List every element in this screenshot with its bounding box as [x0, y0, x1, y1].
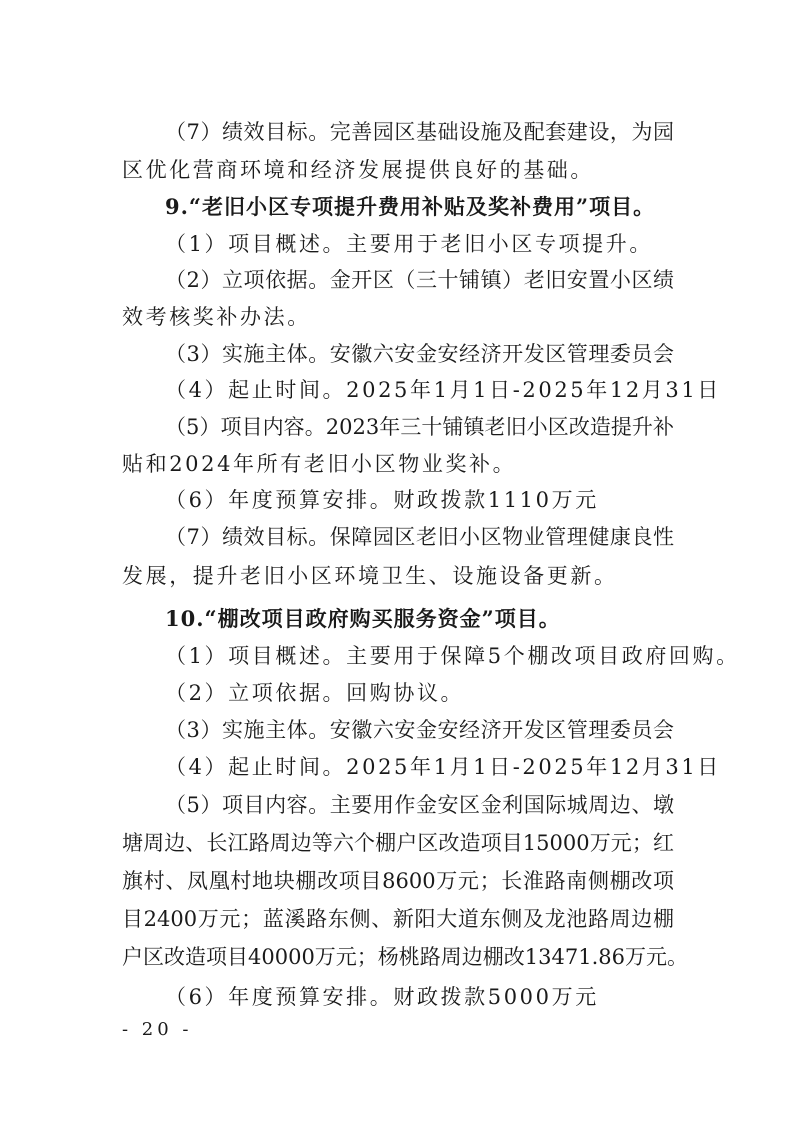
- paragraph-line: （1）项目概述。主要用于保障5个棚改项目政府回购。: [165, 642, 674, 670]
- paragraph-line: （5）项目内容。2023年三十铺镇老旧小区改造提升补: [165, 413, 674, 441]
- paragraph-line: 目2400万元；蓝溪路东侧、新阳大道东侧及龙池路周边棚: [122, 905, 674, 933]
- paragraph-line: 区优化营商环境和经济发展提供良好的基础。: [122, 156, 674, 184]
- section-heading: 10.“棚改项目政府购买服务资金”项目。: [165, 605, 674, 633]
- section-heading: 9.“老旧小区专项提升费用补贴及奖补费用”项目。: [165, 193, 674, 221]
- paragraph-line: 效考核奖补办法。: [122, 303, 674, 331]
- paragraph-line: 旗村、凤凰村地块棚改项目8600万元；长淮路南侧棚改项: [122, 867, 674, 895]
- paragraph-line: （3）实施主体。安徽六安金安经济开发区管理委员会: [165, 340, 674, 368]
- paragraph-line: （7）绩效目标。完善园区基础设施及配套建设，为园: [165, 118, 674, 146]
- paragraph-line: 贴和2024年所有老旧小区物业奖补。: [122, 450, 674, 478]
- paragraph-line: （4）起止时间。2025年1月1日-2025年12月31日: [165, 376, 674, 404]
- paragraph-line: 塘周边、长江路周边等六个棚户区改造项目15000万元；红: [122, 829, 674, 857]
- paragraph-line: 发展，提升老旧小区环境卫生、设施设备更新。: [122, 562, 674, 590]
- paragraph-line: （5）项目内容。主要用作金安区金利国际城周边、墩: [165, 791, 674, 819]
- paragraph-line: （1）项目概述。主要用于老旧小区专项提升。: [165, 230, 674, 258]
- paragraph-line: （2）立项依据。金开区（三十铺镇）老旧安置小区绩: [165, 266, 674, 294]
- paragraph-line: （4）起止时间。2025年1月1日-2025年12月31日: [165, 753, 674, 781]
- paragraph-line: （3）实施主体。安徽六安金安经济开发区管理委员会: [165, 716, 674, 744]
- paragraph-line: （2）立项依据。回购协议。: [165, 679, 674, 707]
- paragraph-line: （6）年度预算安排。财政拨款1110万元: [165, 486, 674, 514]
- page-number: - 20 -: [122, 1019, 193, 1040]
- paragraph-line: 户区改造项目40000万元；杨桃路周边棚改13471.86万元。: [122, 943, 674, 971]
- paragraph-line: （6）年度预算安排。财政拨款5000万元: [165, 983, 674, 1011]
- paragraph-line: （7）绩效目标。保障园区老旧小区物业管理健康良性: [165, 523, 674, 551]
